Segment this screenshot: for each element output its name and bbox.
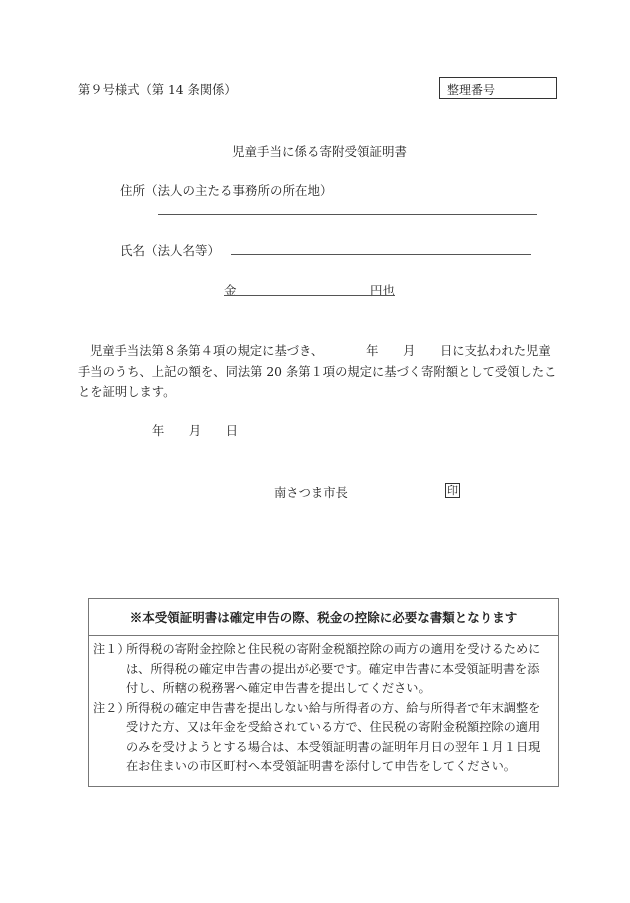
reference-number-label: 整理番号	[447, 83, 495, 97]
issue-date: 年 月 日	[152, 421, 238, 439]
notes-heading: ※本受領証明書は確定申告の際、税金の控除に必要な書類となります	[89, 599, 558, 636]
name-field[interactable]	[233, 237, 529, 253]
issuer-name: 南さつま市長	[274, 483, 348, 501]
note-text-2: 所得税の確定申告書を提出しない給与所得者の方、給与所得者で年末調整を受けた方、又…	[126, 701, 540, 774]
seal-mark: 印	[445, 483, 460, 498]
statement-line-2: 手当のうち、上記の額を、同法第 20 条第１項の規定に基づく寄附額として受領した…	[78, 362, 556, 383]
name-label: 氏名（法人名等）	[120, 241, 220, 259]
note-label-2: 注２）	[93, 699, 130, 719]
address-underline	[158, 214, 537, 215]
amount-underline	[224, 295, 395, 296]
note-label-1: 注１）	[93, 640, 130, 660]
certification-statement: 児童手当法第８条第４項の規定に基づき、 年 月 日に支払われた児童 手当のうち、…	[78, 341, 556, 403]
note-item-1: 注１） 所得税の寄附金控除と住民税の寄附金税額控除の両方の適用を受けるためには、…	[89, 640, 558, 699]
note-text-1: 所得税の寄附金控除と住民税の寄附金税額控除の両方の適用を受けるためには、所得税の…	[126, 642, 540, 695]
statement-line-3: とを証明します。	[78, 382, 556, 403]
address-field[interactable]	[160, 196, 536, 212]
official-seal-icon: 印	[445, 482, 460, 498]
amount-field[interactable]	[242, 280, 367, 294]
form-number: 第９号様式（第 14 条関係）	[78, 80, 237, 98]
tax-notes-box: ※本受領証明書は確定申告の際、税金の控除に必要な書類となります 注１） 所得税の…	[88, 598, 559, 787]
amount-prefix: 金	[224, 281, 237, 299]
document-title: 児童手当に係る寄附受領証明書	[232, 142, 407, 160]
name-underline	[231, 254, 531, 255]
note-item-2: 注２） 所得税の確定申告書を提出しない給与所得者の方、給与所得者で年末調整を受け…	[89, 699, 558, 777]
amount-suffix: 円也	[370, 281, 395, 299]
reference-number-box[interactable]: 整理番号	[439, 77, 557, 99]
statement-line-1: 児童手当法第８条第４項の規定に基づき、 年 月 日に支払われた児童	[78, 341, 556, 362]
